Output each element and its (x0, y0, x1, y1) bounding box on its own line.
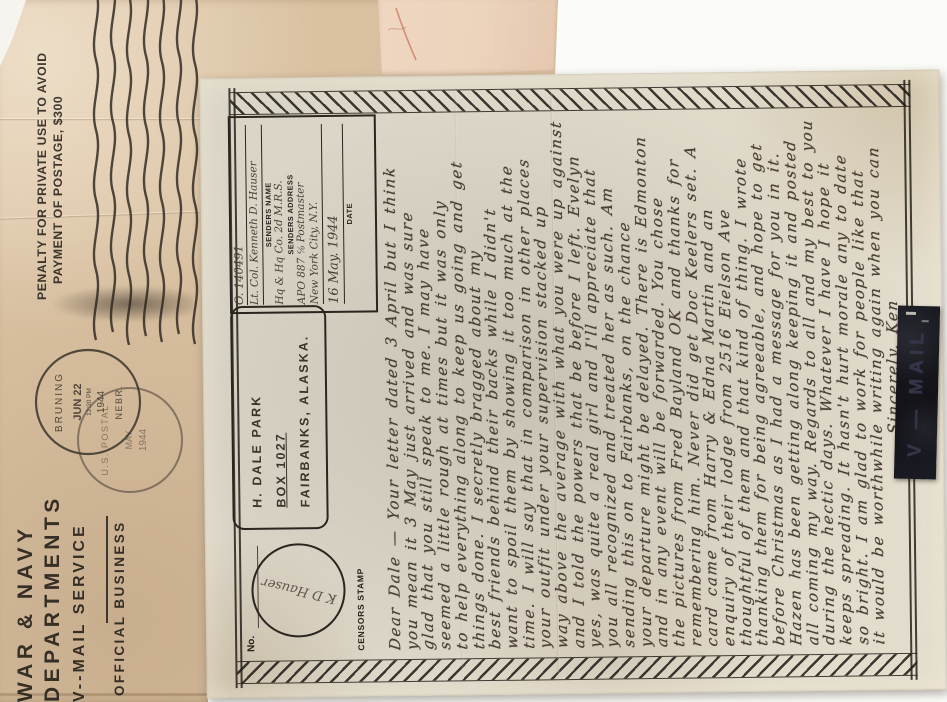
official-business-divider (106, 516, 108, 623)
official-business-block: OFFICIAL BUSINESS (112, 498, 142, 696)
no-label: No. (246, 636, 257, 652)
recipient-box: BOX 1027 (267, 307, 293, 508)
hatch-border-left (237, 653, 917, 684)
postmark2-year: 1944 (138, 428, 149, 451)
postmark-time: 12:30 PM (86, 388, 93, 416)
cancellation-smudge (52, 286, 194, 322)
penalty-line-1: PENALTY FOR PRIVATE USE TO AVOID (34, 42, 50, 300)
recipient-name: H. DALE PARK (243, 307, 269, 508)
sender-name: Lt. Col. Kenneth D. Hauser (247, 125, 264, 305)
department-line-3: V--MAIL SERVICE (66, 450, 93, 702)
censor-stamp-label: CENSORS STAMP (355, 568, 366, 651)
sender-date: 16 May. 1944 (324, 124, 345, 304)
official-business-label: OFFICIAL BUSINESS (112, 498, 127, 696)
vmail-letter: No. K D Hauser CENSORS STAMP H. DALE PAR… (199, 70, 947, 699)
postmark-town: BRUNING (54, 372, 65, 432)
recipient-city: FAIRBANKS, ALASKA. (291, 307, 317, 508)
torn-paper-edge (0, 0, 34, 72)
department-text-block: WAR & NAVY DEPARTMENTS V--MAIL SERVICE (12, 450, 106, 702)
date-label: DATE (344, 124, 355, 304)
red-pencil-mark (378, 0, 558, 77)
recipient-address-box: H. DALE PARK BOX 1027 FAIRBANKS, ALASKA. (230, 305, 329, 530)
postmark-day: JUN 22 (72, 383, 84, 420)
censor-signature: K D Hauser (260, 574, 338, 606)
department-line-2: DEPARTMENTS (39, 450, 66, 702)
department-line-1: WAR & NAVY (12, 450, 39, 702)
sender-serial: O. 140491 (231, 125, 248, 305)
vmail-bar-label: V — MAIL (894, 306, 940, 480)
postmark-year: 1944 (96, 390, 107, 413)
hatch-border-right (230, 84, 910, 115)
sender-box: O. 140491 Lt. Col. Kenneth D. Hauser SEN… (228, 114, 378, 314)
vmail-form: No. K D Hauser CENSORS STAMP H. DALE PAR… (199, 70, 947, 699)
sender-city: New York City, N.Y. (307, 124, 324, 304)
penalty-line-2: PAYMENT OF POSTAGE, $300 (50, 42, 66, 300)
vmail-bar: V — MAIL (894, 306, 940, 480)
vmail-scan: PENALTY FOR PRIVATE USE TO AVOID PAYMENT… (0, 0, 947, 702)
handwritten-message: Dear Dale — Your letter dated 3 April bu… (381, 112, 920, 650)
censor-stamp-circle: K D Hauser (251, 543, 346, 638)
envelope-flap-piece (378, 0, 558, 77)
postmark-state: NEBR. (114, 384, 124, 419)
penalty-text-block: PENALTY FOR PRIVATE USE TO AVOID PAYMENT… (34, 42, 70, 300)
